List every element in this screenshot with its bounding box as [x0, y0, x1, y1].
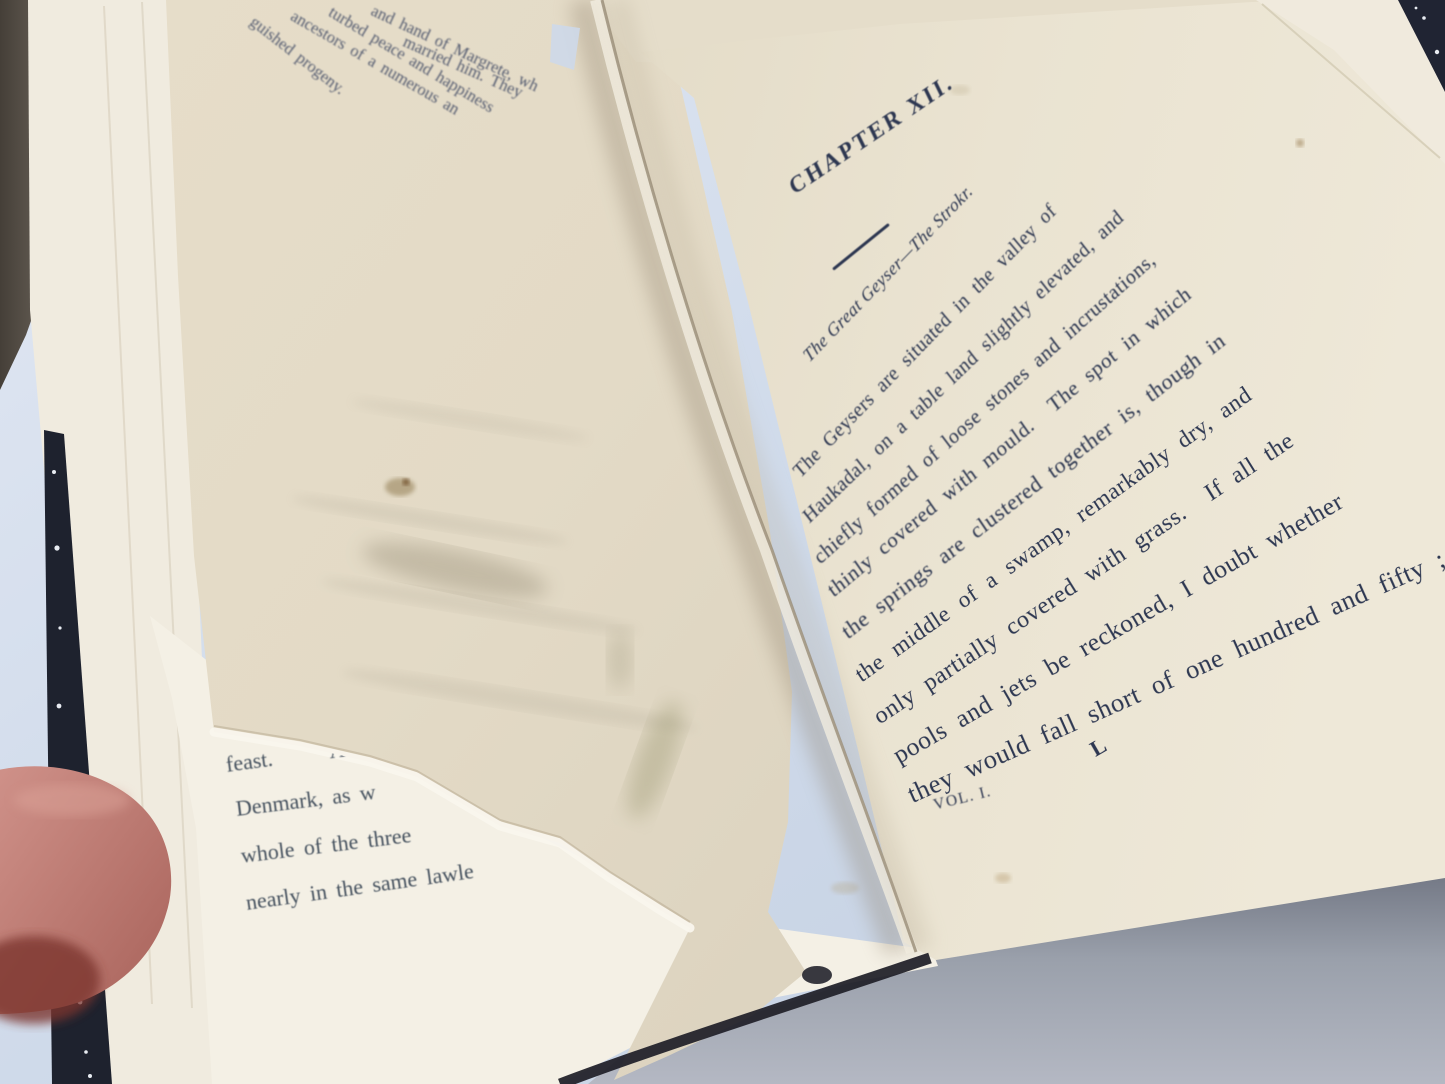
photo-scene: and hand of Margrete, wh married him. Th…: [0, 0, 1445, 1084]
under-page-line: whole of the three: [239, 822, 412, 869]
finger-highlight: [14, 784, 130, 816]
under-page-line: Denmark, as w: [234, 779, 377, 822]
board-edge-notch: [802, 966, 832, 984]
under-page-line: nearly in the same lawle: [244, 858, 475, 916]
